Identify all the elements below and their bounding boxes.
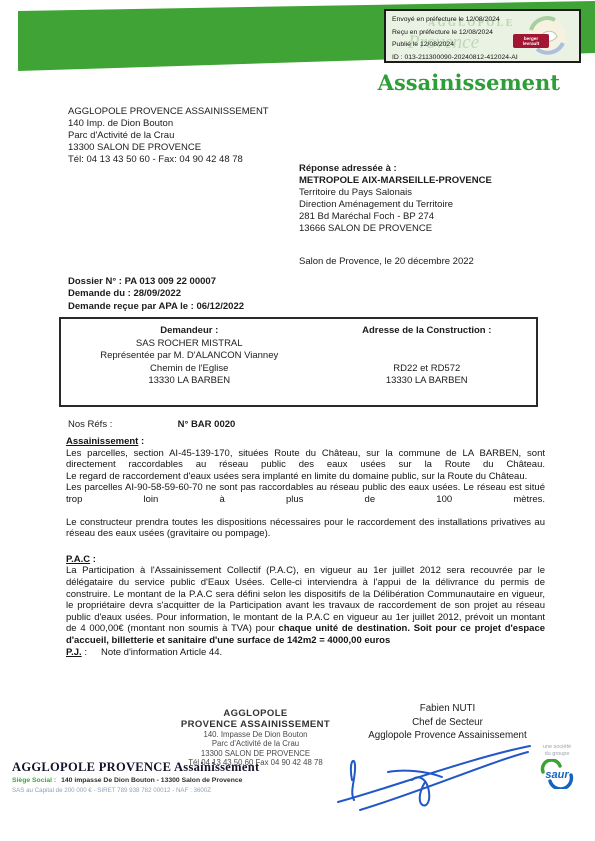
assainissement-heading: Assainissement : bbox=[66, 436, 545, 448]
demande-date-line: Demande du : 28/09/2022 bbox=[68, 288, 244, 300]
dossier-info-block: Dossier N° : PA 013 009 22 00007 Demande… bbox=[68, 276, 244, 313]
sender-street: 140 Imp. de Dion Bouton bbox=[68, 118, 269, 130]
assainissement-heading-label: Assainissement bbox=[66, 436, 138, 447]
prefecture-status-lines: Envoyé en préfecture le 12/08/2024 Reçu … bbox=[392, 14, 518, 63]
saur-wordmark: saur bbox=[545, 769, 569, 781]
letter-page: AGGLOPOLE Provence berger levrault Envoy… bbox=[0, 0, 595, 841]
badge-line-2: levrault bbox=[513, 41, 549, 46]
footer-siege-line: Siège Social : 140 impasse De Dion Bouto… bbox=[12, 777, 259, 784]
prefecture-stamp-box: AGGLOPOLE Provence berger levrault Envoy… bbox=[384, 9, 581, 63]
construction-address: RD22 et RD572 13330 LA BARBEN bbox=[318, 363, 537, 388]
assainissement-paragraph-1b: Le regard de raccordement d'eaux usées s… bbox=[66, 471, 545, 483]
pj-label: P.J. bbox=[66, 647, 82, 658]
footer-block: AGGLOPOLE PROVENCE Assainissement Siège … bbox=[12, 760, 259, 794]
pac-heading: P.A.C : bbox=[66, 554, 545, 566]
construction-city: 13330 LA BARBEN bbox=[318, 375, 537, 388]
assainissement-paragraph-2: Les parcelles AI-90-58-59-60-70 ne sont … bbox=[66, 482, 545, 505]
prefecture-sent-line: Envoyé en préfecture le 12/08/2024 bbox=[392, 14, 518, 27]
recipient-street: 281 Bd Maréchal Foch - BP 274 bbox=[299, 211, 492, 223]
pj-text: Note d'information Article 44. bbox=[101, 647, 222, 658]
sender-city: 13300 SALON DE PROVENCE bbox=[68, 142, 269, 154]
recipient-address-block: Réponse adressée à : METROPOLE AIX-MARSE… bbox=[299, 163, 492, 235]
spacer bbox=[66, 540, 545, 554]
assainissement-heading-colon: : bbox=[138, 436, 144, 447]
spacer bbox=[66, 506, 545, 517]
saur-logo-icon: saur bbox=[529, 759, 585, 794]
saur-logo-block: une société du groupe saur bbox=[529, 744, 585, 794]
demandeur-representative: Représentée par M. D'ALANCON Vianney bbox=[61, 350, 318, 363]
pac-paragraph: La Participation à l'Assainissement Coll… bbox=[66, 565, 545, 646]
constructeur-paragraph: Le constructeur prendra toutes les dispo… bbox=[66, 517, 545, 540]
pj-colon: : bbox=[82, 647, 87, 658]
pac-heading-label: P.A.C bbox=[66, 554, 90, 565]
construction-title: Adresse de la Construction : bbox=[318, 325, 537, 338]
recipient-city: 13666 SALON DE PROVENCE bbox=[299, 223, 492, 235]
demandeur-name: SAS ROCHER MISTRAL bbox=[61, 338, 318, 351]
demandeur-city: 13330 LA BARBEN bbox=[61, 375, 318, 388]
saur-tagline-2: du groupe bbox=[529, 751, 585, 758]
sender-address-block: AGGLOPOLE PROVENCE ASSAINISSEMENT 140 Im… bbox=[68, 106, 269, 166]
handwritten-signature bbox=[330, 740, 540, 825]
pj-line: P.J. :Note d'information Article 44. bbox=[66, 647, 545, 659]
footer-siege-label: Siège Social : bbox=[12, 777, 56, 784]
footer-siege-value: 140 impasse De Dion Bouton - 13300 Salon… bbox=[61, 777, 242, 784]
document-title: Assainissement bbox=[378, 70, 560, 95]
recipient-territory: Territoire du Pays Salonais bbox=[299, 187, 492, 199]
prefecture-id-line: ID : 013-211300090-20240812-412024-AI bbox=[392, 52, 518, 63]
berger-levrault-badge: berger levrault bbox=[513, 34, 549, 48]
refs-label: Nos Réfs : bbox=[68, 419, 175, 430]
signer-block: Fabien NUTI Chef de Secteur Agglopole Pr… bbox=[330, 702, 565, 743]
demandeur-street: Chemin de l'Eglise bbox=[61, 363, 318, 376]
letter-body: Assainissement : Les parcelles, section … bbox=[66, 436, 545, 658]
demandeur-title: Demandeur : bbox=[61, 325, 318, 338]
sender-name: AGGLOPOLE PROVENCE ASSAINISSEMENT bbox=[68, 106, 269, 118]
date-line: Salon de Provence, le 20 décembre 2022 bbox=[299, 256, 474, 267]
refs-line: Nos Réfs : N° BAR 0020 bbox=[68, 419, 235, 430]
signer-name: Fabien NUTI bbox=[330, 702, 565, 716]
prefecture-received-line: Reçu en préfecture le 12/08/2024 bbox=[392, 27, 518, 40]
demande-recue-line: Demande reçue par APA le : 06/12/2022 bbox=[68, 301, 244, 313]
construction-road: RD22 et RD572 bbox=[318, 363, 537, 376]
parties-box: Demandeur : SAS ROCHER MISTRAL Représent… bbox=[59, 317, 538, 407]
footer-legal-line: SAS au Capital de 200 000 € - SIRET 789 … bbox=[12, 787, 259, 794]
footer-company-name: AGGLOPOLE PROVENCE Assainissement bbox=[12, 760, 259, 775]
signer-role: Chef de Secteur bbox=[330, 716, 565, 730]
dossier-number-line: Dossier N° : PA 013 009 22 00007 bbox=[68, 276, 244, 288]
assainissement-paragraph-1a: Les parcelles, section AI-45-139-170, si… bbox=[66, 448, 545, 471]
demandeur-column: Demandeur : SAS ROCHER MISTRAL Représent… bbox=[61, 319, 318, 405]
recipient-label: Réponse adressée à : bbox=[299, 163, 492, 175]
sender-area: Parc d'Activité de la Crau bbox=[68, 130, 269, 142]
recipient-direction: Direction Aménagement du Territoire bbox=[299, 199, 492, 211]
recipient-name: METROPOLE AIX-MARSEILLE-PROVENCE bbox=[299, 175, 492, 187]
construction-column: Adresse de la Construction : RD22 et RD5… bbox=[318, 319, 537, 405]
refs-value: N° BAR 0020 bbox=[178, 419, 236, 430]
pac-heading-colon: : bbox=[90, 554, 96, 565]
sender-phone-fax: Tél: 04 13 43 50 60 - Fax: 04 90 42 48 7… bbox=[68, 154, 269, 166]
prefecture-published-line: Publié le 12/08/2024 bbox=[392, 39, 518, 52]
